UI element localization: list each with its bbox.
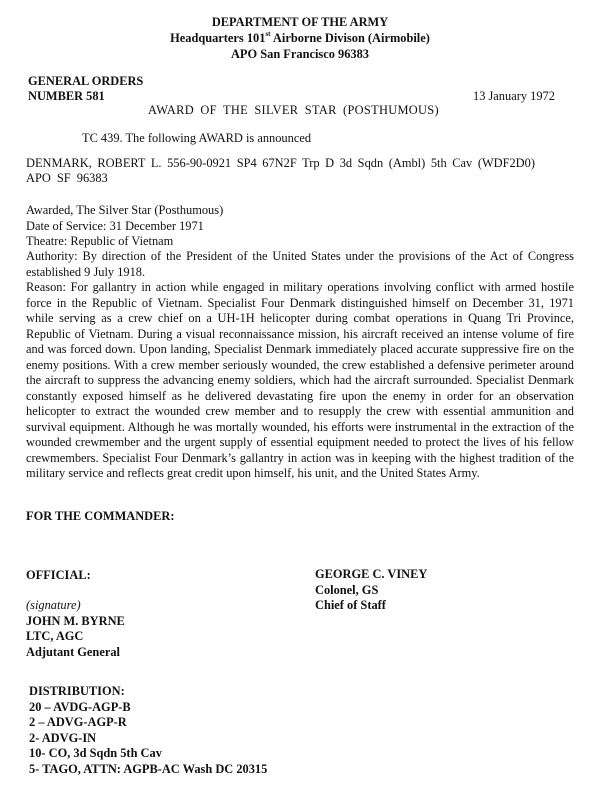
date-of-service-line: Date of Service: 31 December 1971 [26,219,574,235]
adjutant-name: JOHN M. BYRNE [26,614,125,630]
distribution-item: 20 – AVDG-AGP-B [29,700,267,716]
signer-title: Chief of Staff [315,598,427,614]
recipient-address: APO SF 96383 [26,171,108,187]
distribution-item: 2- ADVG-IN [29,731,267,747]
announcement-line: TC 439. The following AWARD is announced [82,131,311,147]
adjutant-rank: LTC, AGC [26,629,125,645]
theatre-line: Theatre: Republic of Vietnam [26,234,574,250]
signature-note: (signature) [26,598,125,614]
distribution-list: DISTRIBUTION: 20 – AVDG-AGP-B 2 – ADVG-A… [29,684,267,778]
award-title: AWARD OF THE SILVER STAR (POSTHUMOUS) [148,103,439,119]
letterhead: DEPARTMENT OF THE ARMY Headquarters 101s… [0,14,600,62]
general-orders-number: NUMBER 581 [28,89,105,105]
distribution-label: DISTRIBUTION: [29,684,267,700]
distribution-item: 10- CO, 3d Sqdn 5th Cav [29,746,267,762]
headquarters-line: Headquarters 101st Airborne Divison (Air… [0,30,600,46]
distribution-item: 2 – ADVG-AGP-R [29,715,267,731]
official-label: OFFICIAL: [26,568,91,584]
distribution-item: 5- TAGO, ATTN: AGPB-AC Wash DC 20315 [29,762,267,778]
reason-paragraph: Reason: For gallantry in action while en… [26,280,574,482]
general-orders-title: GENERAL ORDERS [28,74,143,90]
adjutant-title: Adjutant General [26,645,125,661]
department-name: DEPARTMENT OF THE ARMY [0,14,600,30]
signer-rank: Colonel, GS [315,583,427,599]
signer-name: GEORGE C. VINEY [315,567,427,583]
signer-block: GEORGE C. VINEY Colonel, GS Chief of Sta… [315,567,427,614]
recipient-identification: DENMARK, ROBERT L. 556-90-0921 SP4 67N2F… [26,156,535,172]
adjutant-block: (signature) JOHN M. BYRNE LTC, AGC Adjut… [26,598,125,660]
authority-paragraph: Authority: By direction of the President… [26,249,574,280]
awarded-line: Awarded, The Silver Star (Posthumous) [26,203,574,219]
for-the-commander: FOR THE COMMANDER: [26,509,174,525]
order-date: 13 January 1972 [473,89,555,105]
award-details: Awarded, The Silver Star (Posthumous) Da… [26,203,574,250]
headquarters-address: APO San Francisco 96383 [0,46,600,62]
